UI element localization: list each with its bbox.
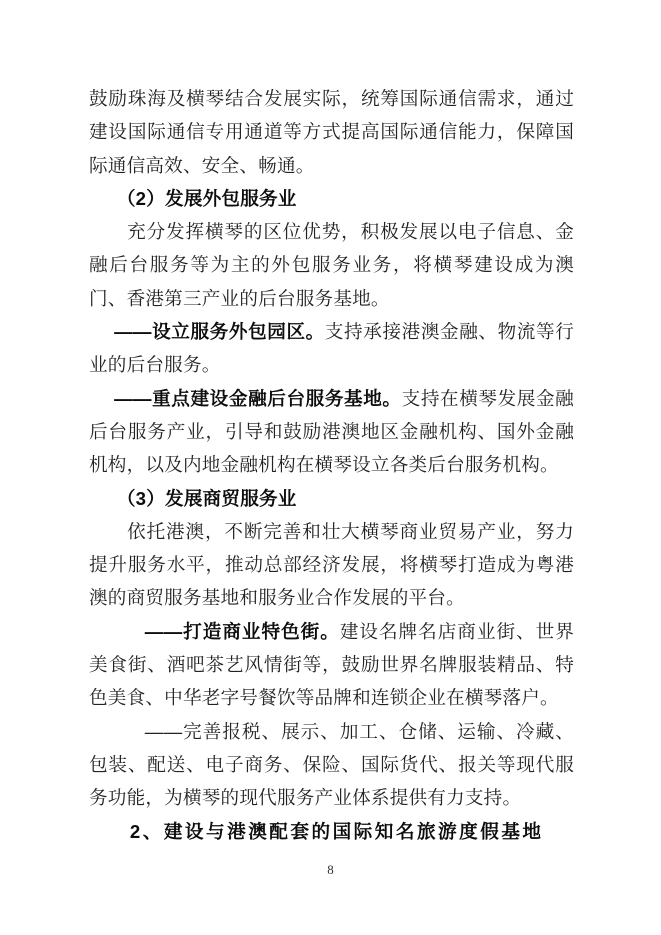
heading-text: （3）发展商贸服务业	[117, 488, 297, 509]
page-footer: 8	[0, 862, 661, 878]
paragraph-text: 依托港澳，不断完善和壮大横琴商业贸易产业，努力提升服务水平，推动总部经济发展，将…	[89, 521, 574, 609]
paragraph-commercial-street: ——打造商业特色街。建设名牌名店商业街、世界美食街、酒吧茶艺风情街等，鼓励世界名…	[89, 615, 574, 715]
paragraph-telecom-continued: 鼓励珠海及横琴结合发展实际，统筹国际通信需求，通过建设国际通信专用通道等方式提高…	[89, 82, 574, 182]
heading-text: 2、建设与港澳配套的国际知名旅游度假基地	[130, 821, 544, 842]
page-number: 8	[327, 862, 334, 877]
paragraph-text: 充分发挥横琴的区位优势，积极发展以电子信息、金融后台服务等为主的外包服务业务，将…	[89, 221, 574, 309]
paragraph-trade-intro: 依托港澳，不断完善和壮大横琴商业贸易产业，努力提升服务水平，推动总部经济发展，将…	[89, 515, 574, 615]
paragraph-text: ——完善报税、展示、加工、仓储、运输、冷藏、包装、配送、电子商务、保险、国际货代…	[89, 721, 574, 809]
paragraph-outsourcing-intro: 充分发挥横琴的区位优势，积极发展以电子信息、金融后台服务等为主的外包服务业务，将…	[89, 215, 574, 315]
heading-outsourcing-services: （2）发展外包服务业	[89, 182, 574, 215]
heading-tourism-resort-base: 2、建设与港澳配套的国际知名旅游度假基地	[89, 815, 574, 848]
paragraph-logistics-functions: ——完善报税、展示、加工、仓储、运输、冷藏、包装、配送、电子商务、保险、国际货代…	[89, 715, 574, 815]
paragraph-lead: ——打造商业特色街。	[145, 621, 340, 642]
paragraph-text: 鼓励珠海及横琴结合发展实际，统筹国际通信需求，通过建设国际通信专用通道等方式提高…	[89, 88, 574, 176]
document-page: 鼓励珠海及横琴结合发展实际，统筹国际通信需求，通过建设国际通信专用通道等方式提高…	[0, 0, 661, 935]
document-body: 鼓励珠海及横琴结合发展实际，统筹国际通信需求，通过建设国际通信专用通道等方式提高…	[89, 82, 574, 848]
paragraph-service-outsourcing-park: ——设立服务外包园区。支持承接港澳金融、物流等行业的后台服务。	[89, 315, 574, 382]
paragraph-financial-backoffice-base: ——重点建设金融后台服务基地。支持在横琴发展金融后台服务产业，引导和鼓励港澳地区…	[89, 382, 574, 482]
paragraph-lead: ——重点建设金融后台服务基地。	[114, 388, 402, 409]
heading-trade-services: （3）发展商贸服务业	[89, 482, 574, 515]
paragraph-lead: ——设立服务外包园区。	[114, 321, 325, 342]
heading-text: （2）发展外包服务业	[117, 188, 297, 209]
